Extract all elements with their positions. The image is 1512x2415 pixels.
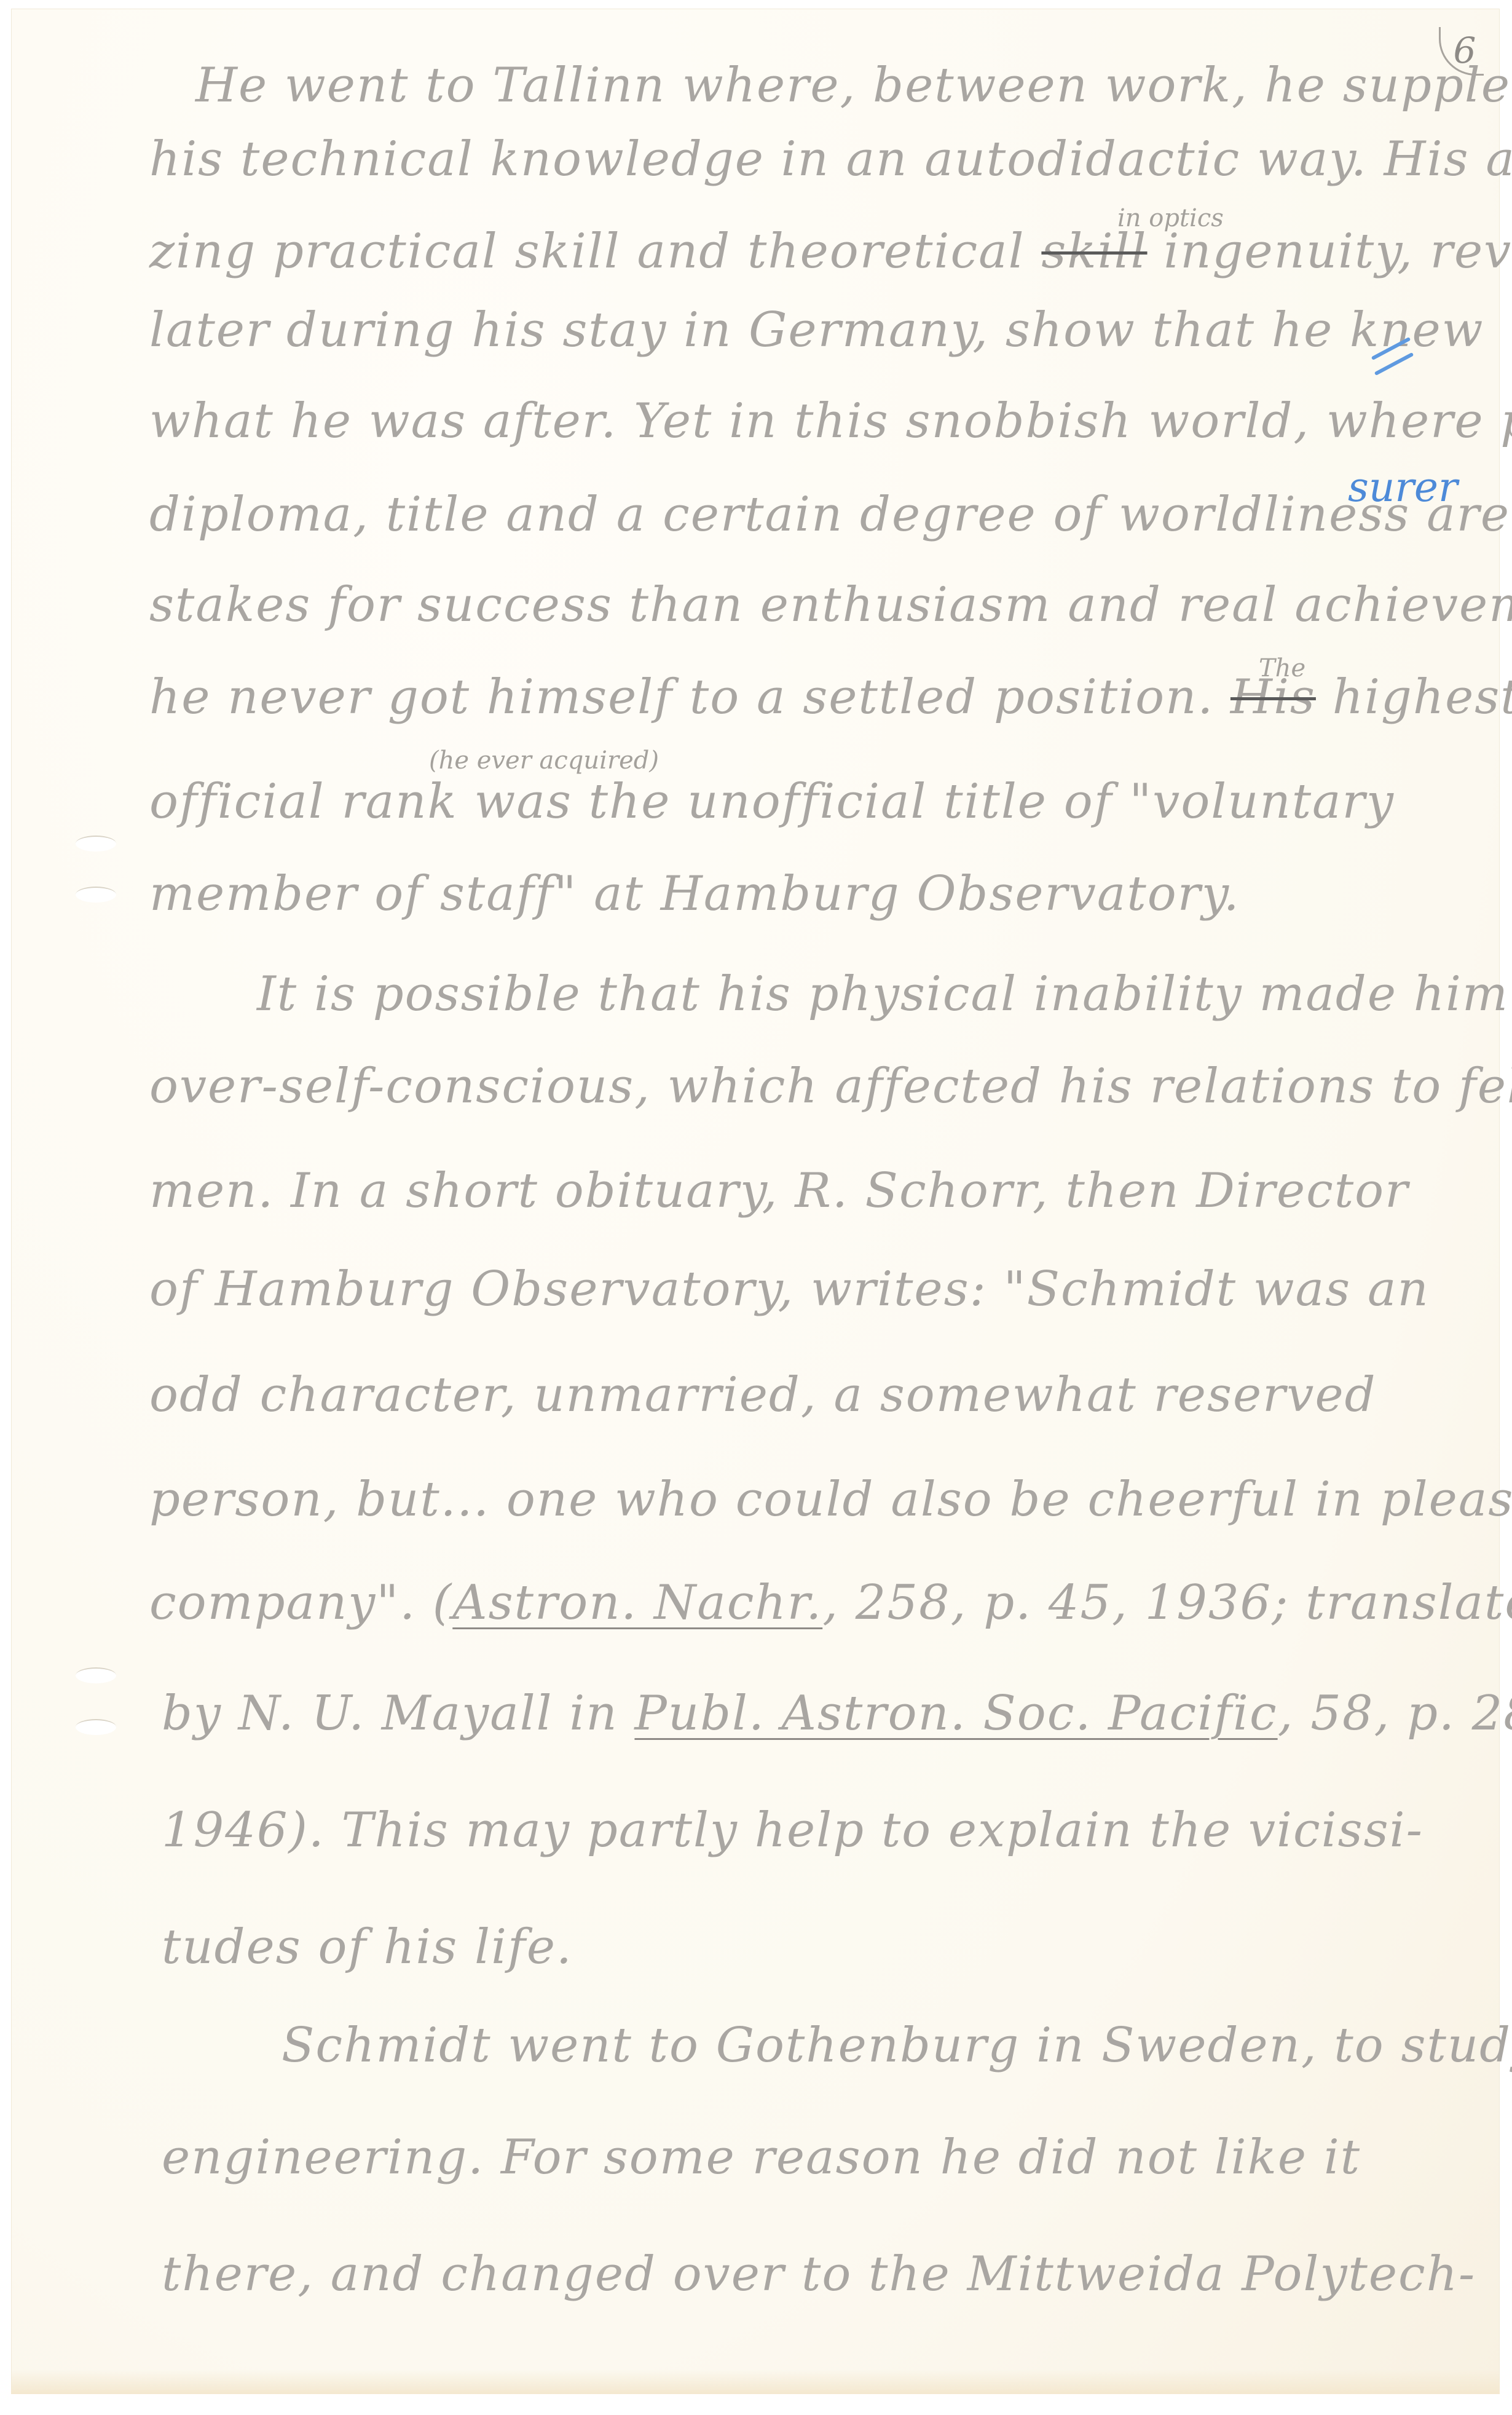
manuscript-line: 1946). This may partly help to explain t… [162, 1803, 1423, 1858]
manuscript-line: engineering. For some reason he did not … [162, 2130, 1361, 2185]
insertion-he-ever-acquired: (he ever acquired) [429, 746, 659, 775]
manuscript-line: what he was after. Yet in this snobbish … [149, 393, 1512, 449]
paper-edge [11, 2370, 1500, 2394]
punch-hole [76, 836, 116, 852]
punch-hole [76, 887, 116, 903]
citation-journal: Astron. Nachr. [452, 1575, 822, 1630]
struck-word: His [1230, 670, 1316, 725]
manuscript-line: of Hamburg Observatory, writes: "Schmidt… [149, 1262, 1430, 1317]
manuscript-line: company". (Astron. Nachr., 258, p. 45, 1… [149, 1575, 1512, 1630]
manuscript-line: official rank was the unofficial title o… [149, 774, 1395, 829]
citation-journal: Publ. Astron. Soc. Pacific [634, 1686, 1277, 1741]
struck-word: skill [1041, 224, 1147, 279]
punch-hole [76, 1667, 116, 1683]
manuscript-line: Schmidt went to Gothenburg in Sweden, to… [282, 2018, 1512, 2073]
manuscript-line: diploma, title and a certain degree of w… [149, 487, 1512, 542]
manuscript-line: there, and changed over to the Mittweida… [162, 2247, 1476, 2302]
punch-hole [76, 1719, 116, 1735]
manuscript-page: 6 He went to Tallinn where, between work… [11, 9, 1500, 2394]
manuscript-line: men. In a short obituary, R. Schorr, the… [149, 1163, 1409, 1219]
manuscript-line: odd character, unmarried, a somewhat res… [149, 1367, 1377, 1423]
manuscript-line: by N. U. Mayall in Publ. Astron. Soc. Pa… [162, 1686, 1512, 1741]
manuscript-line: tudes of his life. [162, 1919, 573, 1975]
manuscript-line: his technical knowledge in an autodidact… [149, 132, 1512, 187]
manuscript-line: stakes for success than enthusiasm and r… [149, 577, 1512, 633]
manuscript-line: zing practical skill and theoretical ski… [149, 224, 1512, 279]
manuscript-line: he never got himself to a settled positi… [149, 670, 1512, 725]
manuscript-line: person, but... one who could also be che… [149, 1472, 1512, 1527]
manuscript-line: It is possible that his physical inabili… [257, 966, 1509, 1022]
manuscript-line: later during his stay in Germany, show t… [149, 302, 1484, 358]
manuscript-line: He went to Tallinn where, between work, … [195, 58, 1512, 113]
manuscript-line: member of staff" at Hamburg Observatory. [149, 866, 1240, 922]
manuscript-line: over-self-conscious, which affected his … [149, 1059, 1512, 1114]
